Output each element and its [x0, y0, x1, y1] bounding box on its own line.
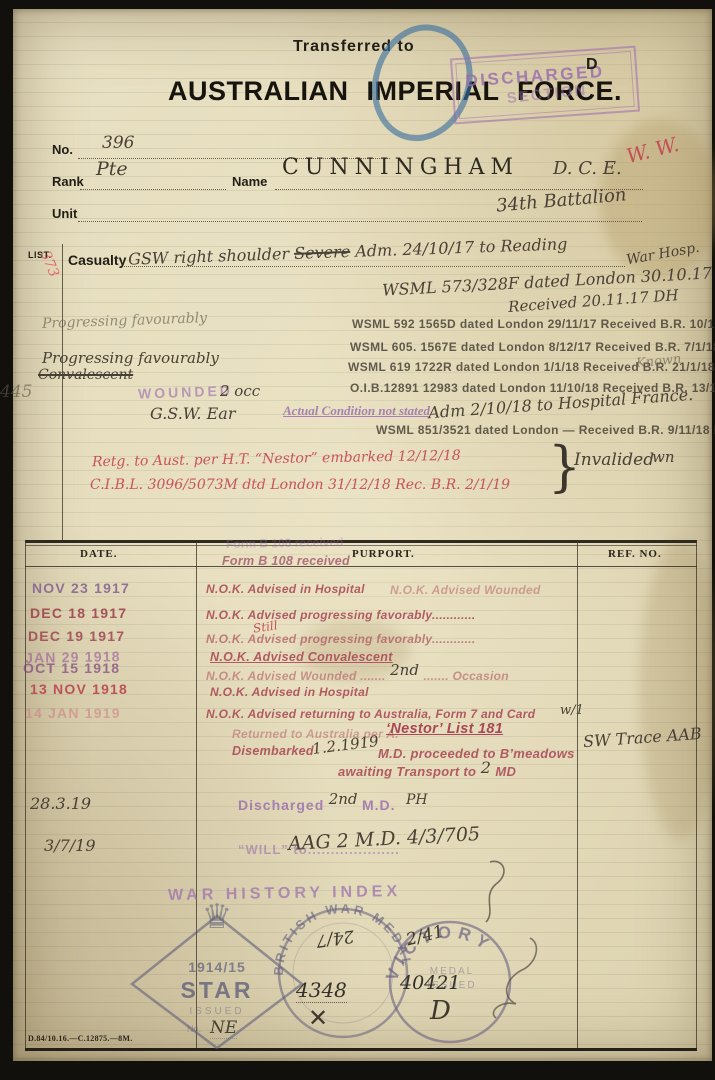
margin-pencil-number: 445 — [0, 382, 32, 402]
discharged-md-fill: 2nd — [329, 790, 358, 808]
table-header-purport: PURPORT. — [352, 548, 415, 560]
row-stamp-8b: MD — [495, 764, 516, 779]
bwm-hand-2: 4348 — [296, 978, 347, 1003]
form-print-code: D.84/10.16.—C.12875.—8M. — [28, 1034, 133, 1043]
row-date-1: DEC 18 1917 — [30, 605, 127, 621]
name-label: Name — [232, 174, 267, 189]
row-date-0: NOV 23 1917 — [32, 580, 130, 596]
condition-stamp: Actual Condition not stated — [283, 403, 430, 419]
wounded-stamp: WOUNDED — [138, 382, 233, 401]
table-right-border — [696, 540, 697, 1048]
row-purport-3b-stamp: N.O.K. Advised Wounded ....... — [206, 669, 386, 683]
row-8: awaiting Transport to 2 MD — [338, 761, 516, 781]
progress-ref-1: WSML 592 1565D dated London 29/11/17 Rec… — [352, 317, 715, 331]
row-note-5: w/1 — [560, 703, 584, 718]
progress-note-2: Progressing favourably — [42, 349, 219, 367]
row-purport-2: N.O.K. Advised progressing favorably....… — [206, 632, 476, 646]
casualty-line — [120, 250, 625, 267]
row-date-4: 13 NOV 1918 — [30, 681, 128, 697]
no-label: No. — [52, 142, 73, 157]
star-crown-icon: ♛ — [202, 897, 232, 937]
row-purport-3b-stamp2: ....... Occasion — [423, 669, 509, 683]
row-date-10: 3/7/19 — [44, 836, 96, 855]
rank-field-line — [80, 172, 226, 190]
convalescent-note: Convalescent — [38, 367, 133, 383]
row-purport-0b: N.O.K. Advised Wounded — [390, 583, 541, 597]
row-hand-6: ‘Nestor’ List 181 — [386, 721, 503, 737]
wounded-occurrence: 2 occ — [220, 382, 260, 400]
row-hand-8: 2 — [481, 758, 491, 777]
row-date-9: 28.3.19 — [30, 794, 91, 813]
star-years: 1914/15 — [188, 959, 246, 975]
row-purport-3: N.O.K. Advised Convalescent — [210, 650, 393, 664]
invalided-note: Invalided — [574, 450, 654, 470]
return-line-2: C.I.B.L. 3096/5073M dtd London 31/12/18 … — [90, 477, 510, 493]
unit-label: Unit — [52, 206, 77, 221]
pencil-squiggle-2 — [480, 930, 550, 1020]
table-header-underline — [25, 566, 697, 567]
row-stamp-7b: M.D. proceeded to B’meadows — [378, 746, 575, 761]
star-issued: ISSUED — [189, 1006, 244, 1017]
bwm-cross-mark: ✕ — [308, 1004, 328, 1032]
row-purport-0: N.O.K. Advised in Hospital — [206, 582, 365, 596]
row-stamp-8: awaiting Transport to — [338, 764, 476, 779]
row-purport-3b-fill: 2nd — [390, 661, 419, 679]
row-purport-4: N.O.K. Advised in Hospital — [210, 685, 369, 699]
star-no-label: No. — [187, 1024, 201, 1034]
d-annotation: D — [586, 56, 598, 74]
discharged-md-stamp: M.D. — [362, 797, 396, 813]
wound-description: G.S.W. Ear — [150, 404, 235, 423]
form-b108-stamp: Form B 108 received — [222, 554, 350, 568]
discharged-stamp: DISCHARGED SECTION — [450, 46, 640, 125]
progress-ref-2: WSML 605. 1567E dated London 8/12/17 Rec… — [350, 340, 715, 354]
star-ne-note: NE — [210, 1018, 237, 1039]
table-col-divider-2 — [577, 540, 578, 1048]
form-b108-stamp-faded: Form B 108 received — [226, 535, 344, 551]
row-9: Discharged 2nd M.D. PH — [238, 796, 422, 815]
table-left-border — [25, 540, 26, 1048]
discharged-note: PH — [406, 792, 428, 808]
row-purport-3b: N.O.K. Advised Wounded ....... 2nd .....… — [206, 666, 509, 685]
row-date-2: DEC 19 1917 — [28, 628, 125, 644]
row-stamp-7: Disembarked — [232, 744, 314, 758]
victory-hand-3: D — [430, 996, 451, 1026]
victory-hand-2: 40421 — [400, 972, 460, 994]
paper-edge-stain — [640, 540, 715, 840]
row-date-5: 14 JAN 1919 — [25, 705, 121, 721]
table-top-border — [25, 540, 697, 543]
casualty-label: Casualty — [68, 252, 126, 268]
invalided-note2: wn — [652, 448, 675, 466]
row-purport-1: N.O.K. Advised progressing favorably....… — [206, 608, 476, 622]
margin-divider-line — [62, 244, 63, 540]
table-header-date: DATE. — [80, 548, 118, 560]
table-top-border2 — [25, 545, 697, 546]
table-header-ref: REF. NO. — [608, 548, 662, 560]
star-name: STAR — [181, 977, 254, 1003]
discharged-row-stamp: Discharged — [238, 797, 324, 813]
row-purport-5: N.O.K. Advised returning to Australia, F… — [206, 707, 535, 721]
wounded-ref-3: WSML 851/3521 dated London — Received B.… — [376, 423, 715, 437]
unit-field-line — [78, 204, 642, 222]
row-date-3b: OCT 15 1918 — [23, 660, 120, 676]
